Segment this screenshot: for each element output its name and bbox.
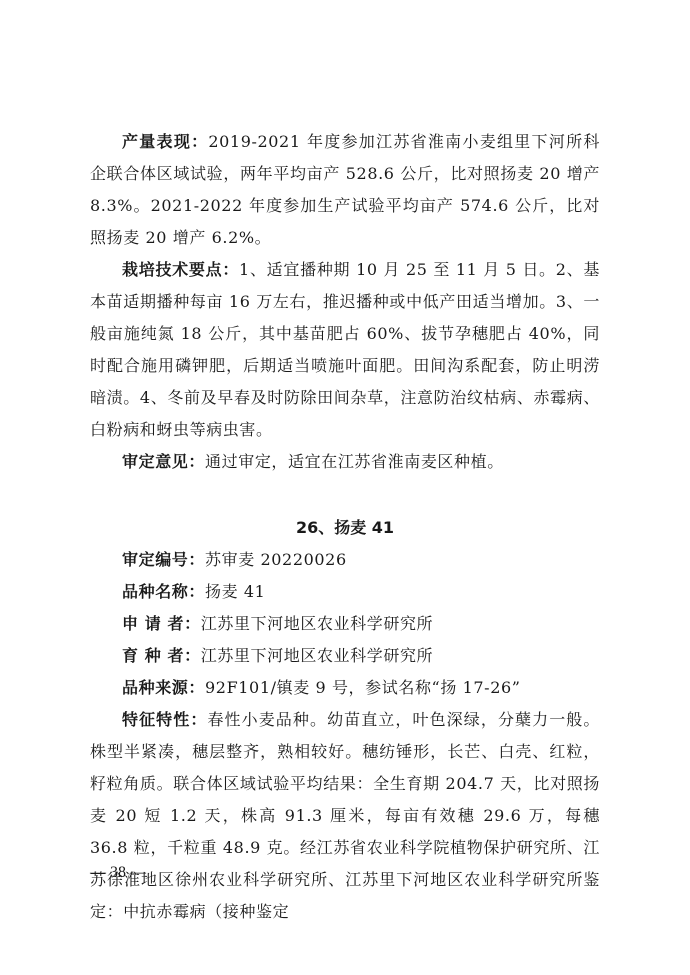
traits-label: 特征特性：: [122, 710, 207, 729]
field-origin: 品种来源：92F101/镇麦 9 号，参试名称“扬 17-26”: [90, 672, 600, 704]
field-applicant: 申 请 者：江苏里下河地区农业科学研究所: [90, 608, 600, 640]
page-number: — 38 —: [90, 864, 146, 882]
traits-text: 春性小麦品种。幼苗直立，叶色深绿，分蘖力一般。株型半紧凑，穗层整齐，熟相较好。穗…: [90, 710, 600, 921]
yield-paragraph: 产量表现：2019-2021 年度参加江苏省淮南小麦组里下河所科企联合体区域试验…: [90, 126, 600, 254]
field-value: 92F101/镇麦 9 号，参试名称“扬 17-26”: [205, 678, 521, 697]
cultivation-paragraph: 栽培技术要点：1、适宜播种期 10 月 25 至 11 月 5 日。2、基本苗适…: [90, 254, 600, 446]
field-label: 品种来源：: [122, 678, 205, 697]
opinion-paragraph: 审定意见：通过审定，适宜在江苏省淮南麦区种植。: [90, 446, 600, 478]
field-value: 江苏里下河地区农业科学研究所: [201, 646, 433, 665]
document-page: 产量表现：2019-2021 年度参加江苏省淮南小麦组里下河所科企联合体区域试验…: [90, 126, 600, 928]
field-breeder: 育 种 者：江苏里下河地区农业科学研究所: [90, 640, 600, 672]
field-label: 审定编号：: [122, 550, 205, 569]
field-label: 申 请 者：: [122, 614, 201, 633]
field-value: 苏审麦 20220026: [205, 550, 347, 569]
field-value: 江苏里下河地区农业科学研究所: [201, 614, 433, 633]
traits-paragraph: 特征特性：春性小麦品种。幼苗直立，叶色深绿，分蘖力一般。株型半紧凑，穗层整齐，熟…: [90, 704, 600, 928]
cultivation-text: 1、适宜播种期 10 月 25 至 11 月 5 日。2、基本苗适期播种每亩 1…: [90, 260, 600, 439]
opinion-text: 通过审定，适宜在江苏省淮南麦区种植。: [205, 452, 504, 471]
yield-label: 产量表现：: [122, 132, 208, 151]
field-variety-name: 品种名称：扬麦 41: [90, 576, 600, 608]
field-label: 育 种 者：: [122, 646, 201, 665]
field-label: 品种名称：: [122, 582, 205, 601]
cultivation-label: 栽培技术要点：: [122, 260, 239, 279]
field-approval-number: 审定编号：苏审麦 20220026: [90, 544, 600, 576]
entry-heading: 26、扬麦 41: [90, 512, 600, 544]
opinion-label: 审定意见：: [122, 452, 205, 471]
field-value: 扬麦 41: [205, 582, 265, 601]
